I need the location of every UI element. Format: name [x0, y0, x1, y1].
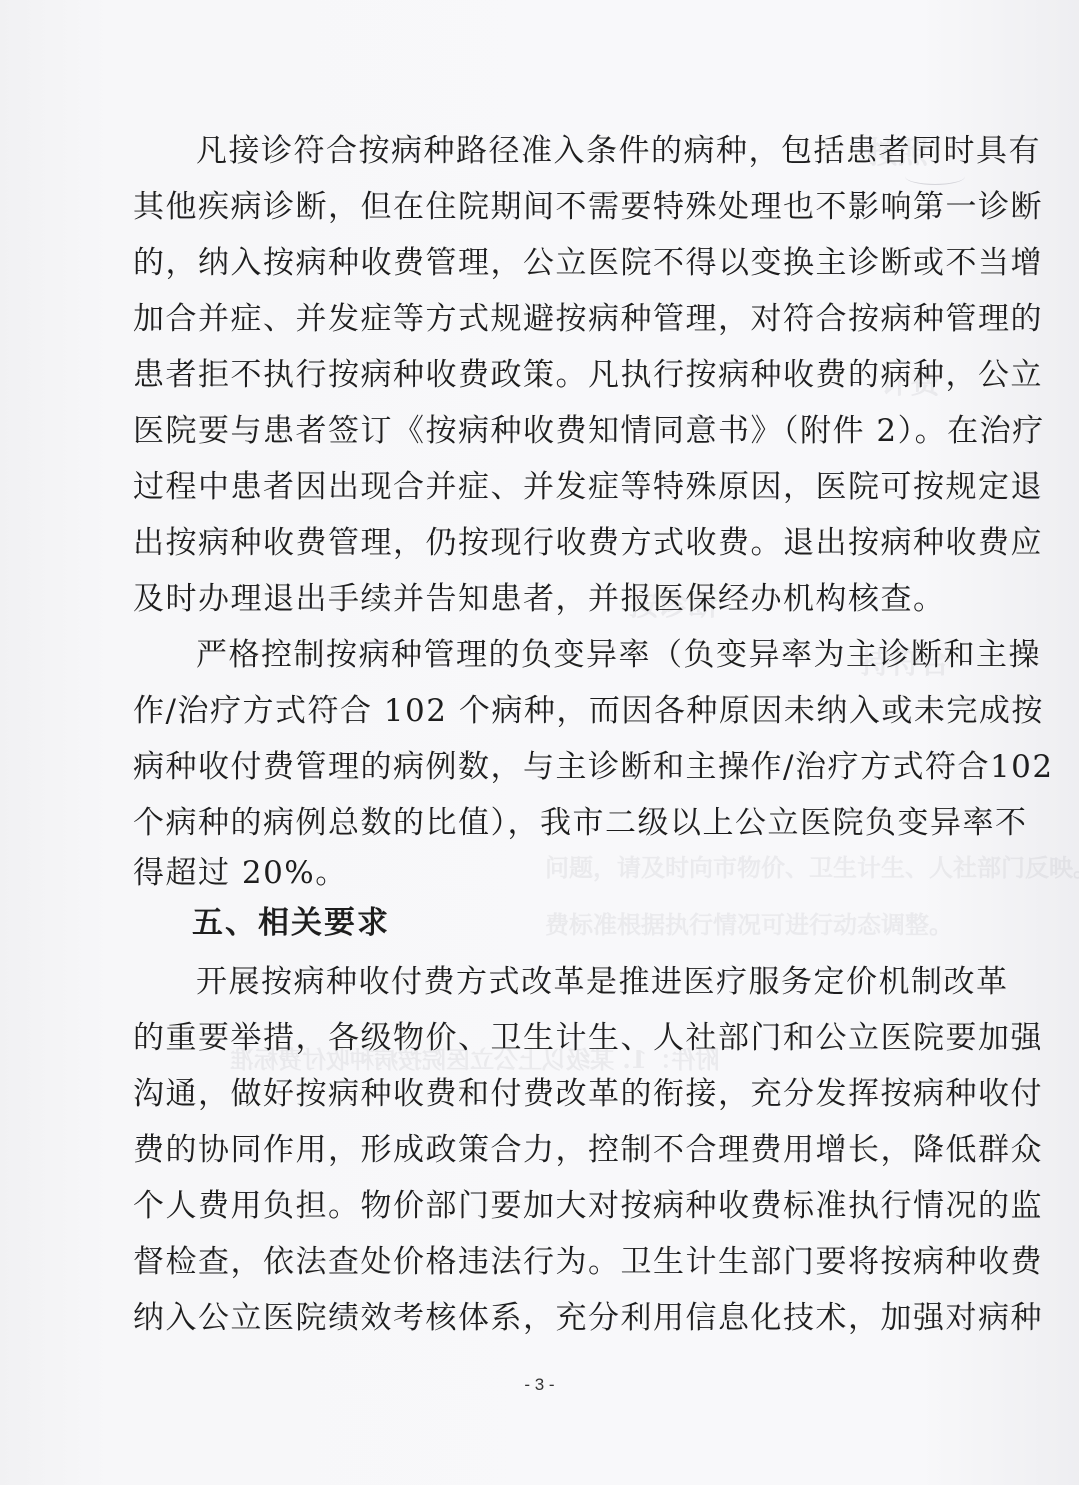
- text-line: 凡接诊符合按病种路径准入条件的病种，包括患者同时具有: [196, 131, 913, 171]
- text-line: 得超过 20%。: [133, 853, 913, 893]
- text-line: 出按病种收费管理，仍按现行收费方式收费。退出按病种收费应: [133, 523, 913, 563]
- text-line: 开展按病种收付费方式改革是推进医疗服务定价机制改革: [196, 962, 913, 1002]
- text-line: 病种收付费管理的病例数，与主诊断和主操作/治疗方式符合102: [133, 747, 913, 787]
- text-line: 其他疾病诊断，但在住院期间不需要特殊处理也不影响第一诊断: [133, 187, 913, 227]
- text-line: 个人费用负担。物价部门要加大对按病种收费标准执行情况的监: [133, 1186, 913, 1226]
- text-line: 的，纳入按病种收费管理，公立医院不得以变换主诊断或不当增: [133, 243, 913, 283]
- text-line: 患者拒不执行按病种收费政策。凡执行按病种收费的病种，公立: [133, 355, 913, 395]
- section-heading: 五、相关要求: [192, 903, 390, 943]
- text-line: 纳入公立医院绩效考核体系，充分利用信息化技术，加强对病种: [133, 1298, 913, 1338]
- text-line: 费的协同作用，形成政策合力，控制不合理费用增长，降低群众: [133, 1130, 913, 1170]
- page-number: - 3 -: [0, 1375, 1079, 1395]
- text-line: 医院要与患者签订《按病种收费知情同意书》（附件 2）。在治疗: [133, 411, 913, 451]
- text-line: 过程中患者因出现合并症、并发症等特殊原因，医院可按规定退: [133, 467, 913, 507]
- text-line: 沟通，做好按病种收费和付费改革的衔接，充分发挥按病种收付: [133, 1074, 913, 1114]
- text-line: 及时办理退出手续并告知患者，并报医保经办机构核查。: [133, 579, 913, 619]
- bleed-through-text: 费标准根据执行情况可进行动态调整。: [545, 905, 953, 940]
- text-line: 作/治疗方式符合 102 个病种，而因各种原因未纳入或未完成按: [133, 691, 913, 731]
- text-line: 加合并症、并发症等方式规避按病种管理，对符合按病种管理的: [133, 299, 913, 339]
- text-line: 个病种的病例总数的比值），我市二级以上公立医院负变异率不: [133, 803, 913, 843]
- text-line: 严格控制按病种管理的负变异率（负变异率为主诊断和主操: [196, 635, 913, 675]
- text-line: 督检查，依法查处价格违法行为。卫生计生部门要将按病种收费: [133, 1242, 913, 1282]
- text-line: 的重要举措，各级物价、卫生计生、人社部门和公立医院要加强: [133, 1018, 913, 1058]
- pen-mark: [905, 168, 965, 185]
- document-page: 按照 计费 持符合 按诊断 问题，请及时向市物价、卫生计生、人社部门反映。 费标…: [0, 0, 1079, 1485]
